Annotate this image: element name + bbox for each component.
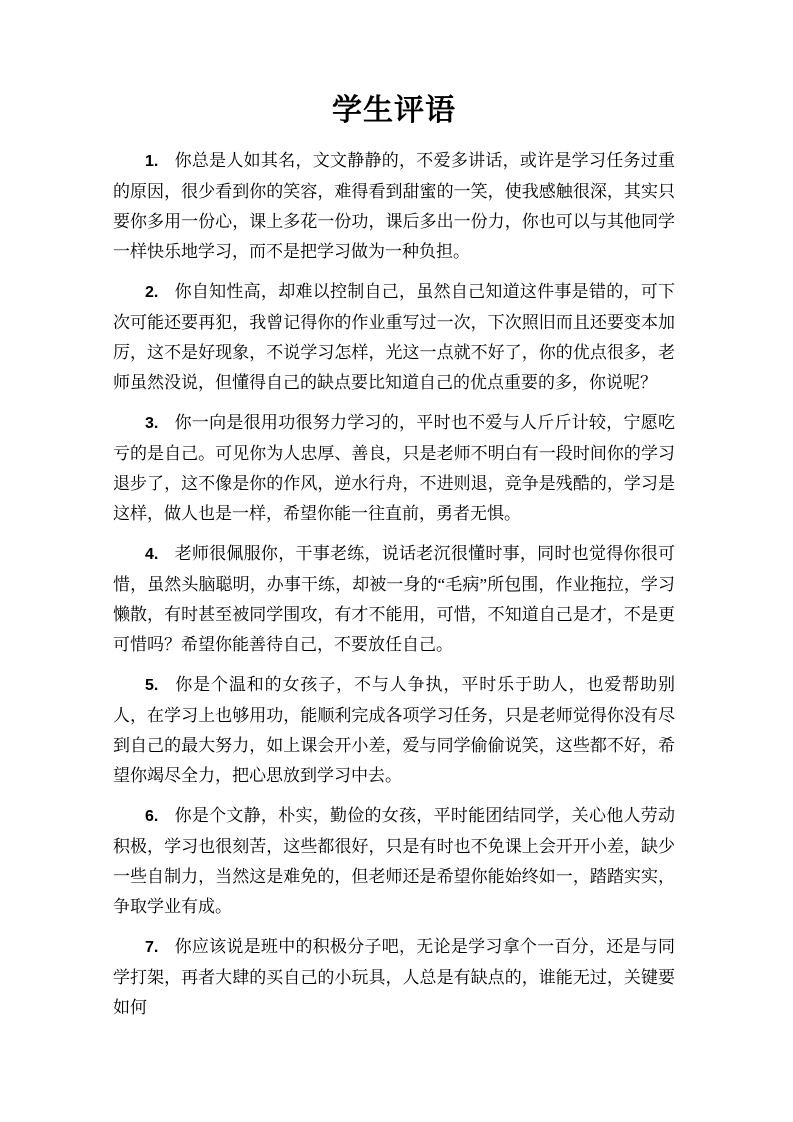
paragraph-text: 你一向是很用功很努力学习的，平时也不爱与人斤斤计较，宁愿吃亏的是自己。可见你为人…: [113, 413, 675, 523]
page-title: 学生评语: [113, 92, 675, 130]
comment-paragraph: 3.你一向是很用功很努力学习的，平时也不爱与人斤斤计较，宁愿吃亏的是自己。可见你…: [113, 408, 675, 529]
paragraph-text: 你是个温和的女孩子，不与人争执，平时乐于助人，也爱帮助别人，在学习上也够用功，能…: [113, 675, 675, 785]
list-number: 4.: [145, 546, 158, 563]
paragraph-text: 你自知性高，却难以控制自己，虽然自己知道这件事是错的，可下次可能还要再犯，我曾记…: [113, 282, 675, 392]
list-number: 3.: [145, 415, 158, 432]
comment-paragraph: 2.你自知性高，却难以控制自己，虽然自己知道这件事是错的，可下次可能还要再犯，我…: [113, 277, 675, 398]
paragraph-text: 你是个文静，朴实，勤俭的女孩，平时能团结同学，关心他人劳动积极，学习也很刻苦，这…: [113, 806, 675, 916]
comment-paragraph: 1.你总是人如其名，文文静静的，不爱多讲话，或许是学习任务过重的原因，很少看到你…: [113, 146, 675, 267]
paragraph-text: 你应该说是班中的积极分子吧，无论是学习拿个一百分，还是与同学打架，再者大肆的买自…: [113, 937, 675, 1017]
comment-paragraph: 7.你应该说是班中的积极分子吧，无论是学习拿个一百分，还是与同学打架，再者大肆的…: [113, 932, 675, 1023]
comment-list: 1.你总是人如其名，文文静静的，不爱多讲话，或许是学习任务过重的原因，很少看到你…: [113, 146, 675, 1023]
list-number: 5.: [145, 677, 158, 694]
list-number: 7.: [145, 939, 158, 956]
paragraph-text: 老师很佩服你，干事老练，说话老沉很懂时事，同时也觉得你很可惜，虽然头脑聪明，办事…: [113, 544, 675, 654]
list-number: 6.: [145, 808, 158, 825]
comment-paragraph: 6.你是个文静，朴实，勤俭的女孩，平时能团结同学，关心他人劳动积极，学习也很刻苦…: [113, 801, 675, 922]
paragraph-text: 你总是人如其名，文文静静的，不爱多讲话，或许是学习任务过重的原因，很少看到你的笑…: [113, 151, 675, 261]
list-number: 1.: [145, 153, 158, 170]
list-number: 2.: [145, 284, 158, 301]
document-page: 学生评语 1.你总是人如其名，文文静静的，不爱多讲话，或许是学习任务过重的原因，…: [0, 0, 793, 1122]
comment-paragraph: 4.老师很佩服你，干事老练，说话老沉很懂时事，同时也觉得你很可惜，虽然头脑聪明，…: [113, 539, 675, 660]
comment-paragraph: 5.你是个温和的女孩子，不与人争执，平时乐于助人，也爱帮助别人，在学习上也够用功…: [113, 670, 675, 791]
